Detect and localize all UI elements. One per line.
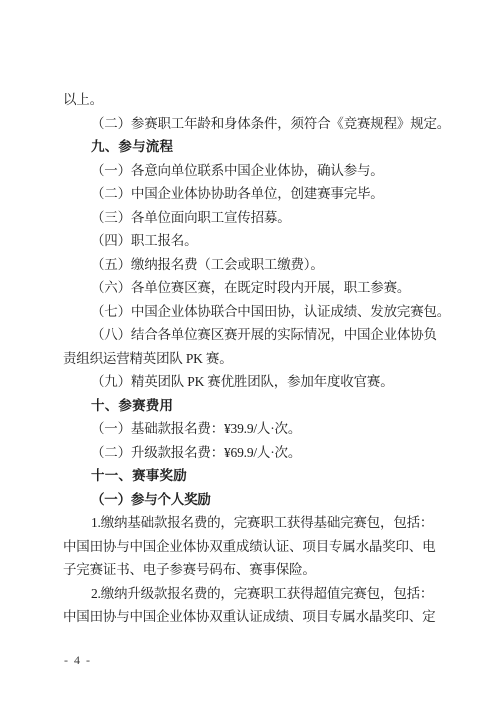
- page-number: - 4 -: [64, 653, 92, 668]
- doc-line-award-2: 2.缴纳升级款报名费的，完赛职工获得超值完赛包，包括：: [63, 582, 441, 606]
- doc-line-flow-3: （三）各单位面向职工宣传招募。: [63, 206, 441, 230]
- doc-line-flow-8-cont: 责组织运营精英团队 PK 赛。: [63, 347, 441, 371]
- doc-line-flow-6: （六）各单位赛区赛，在既定时段内开展，职工参赛。: [63, 276, 441, 300]
- section-heading-9: 九、参与流程: [63, 135, 441, 159]
- doc-line-award-1: 1.缴纳基础款报名费的，完赛职工获得基础完赛包，包括：: [63, 511, 441, 535]
- doc-line-award-1-cont-b: 子完赛证书、电子参赛号码布、赛事保险。: [63, 558, 441, 582]
- doc-line-award-1-cont-a: 中国田协与中国企业体协双重成绩认证、项目专属水晶奖印、电: [63, 535, 441, 559]
- doc-line-flow-8: （八）结合各单位赛区赛开展的实际情况，中国企业体协负: [63, 323, 441, 347]
- doc-line-flow-2: （二）中国企业体协协助各单位，创建赛事完毕。: [63, 182, 441, 206]
- document-page: 以上。 （二）参赛职工年龄和身体条件，须符合《竞赛规程》规定。 九、参与流程 （…: [0, 0, 500, 707]
- doc-line-flow-4: （四）职工报名。: [63, 229, 441, 253]
- subsection-heading-awards: （一）参与个人奖励: [63, 488, 441, 512]
- doc-line-continuation: 以上。: [63, 88, 441, 112]
- section-heading-11: 十一、赛事奖励: [63, 464, 441, 488]
- doc-line-flow-1: （一）各意向单位联系中国企业体协，确认参与。: [63, 159, 441, 183]
- document-body: 以上。 （二）参赛职工年龄和身体条件，须符合《竞赛规程》规定。 九、参与流程 （…: [63, 88, 441, 629]
- doc-line-condition-2: （二）参赛职工年龄和身体条件，须符合《竞赛规程》规定。: [63, 112, 441, 136]
- doc-line-fee-basic: （一）基础款报名费：¥39.9/人·次。: [63, 417, 441, 441]
- doc-line-flow-9: （九）精英团队 PK 赛优胜团队，参加年度收官赛。: [63, 370, 441, 394]
- doc-line-flow-5: （五）缴纳报名费（工会或职工缴费）。: [63, 253, 441, 277]
- section-heading-10: 十、参赛费用: [63, 394, 441, 418]
- doc-line-fee-upgrade: （二）升级款报名费：¥69.9/人·次。: [63, 441, 441, 465]
- doc-line-flow-7: （七）中国企业体协联合中国田协，认证成绩、发放完赛包。: [63, 300, 441, 324]
- doc-line-award-2-cont: 中国田协与中国企业体协双重认证成绩、项目专属水晶奖印、定: [63, 605, 441, 629]
